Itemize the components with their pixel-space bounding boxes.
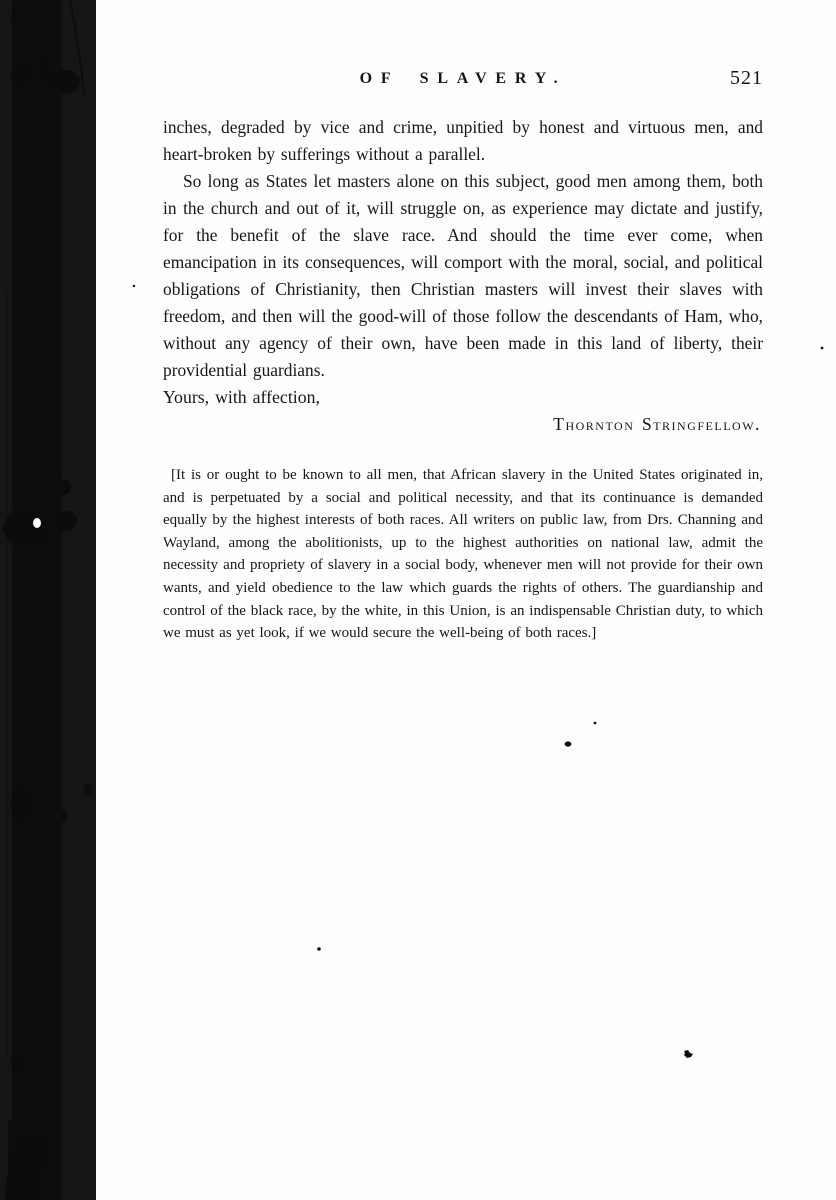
page-number: 521	[730, 67, 763, 90]
paragraph-main: So long as States let masters alone on t…	[163, 168, 763, 384]
book-page-scan: OF SLAVERY. 521 inches, degraded by vice…	[0, 0, 836, 1200]
letter-signature: Thornton Stringfellow.	[163, 411, 763, 438]
letter-closing: Yours, with affection,	[163, 384, 763, 411]
page-header: OF SLAVERY. 521	[163, 70, 763, 92]
scan-binding-artifact	[0, 0, 130, 1200]
press-mark	[11, 4, 20, 27]
running-title: OF SLAVERY.	[163, 70, 763, 88]
paragraph-continuation: inches, degraded by vice and crime, unpi…	[163, 114, 763, 168]
editor-note: [It is or ought to be known to all men, …	[163, 464, 763, 645]
text-column: inches, degraded by vice and crime, unpi…	[163, 114, 763, 645]
editor-note-text: [It is or ought to be known to all men, …	[163, 464, 763, 645]
